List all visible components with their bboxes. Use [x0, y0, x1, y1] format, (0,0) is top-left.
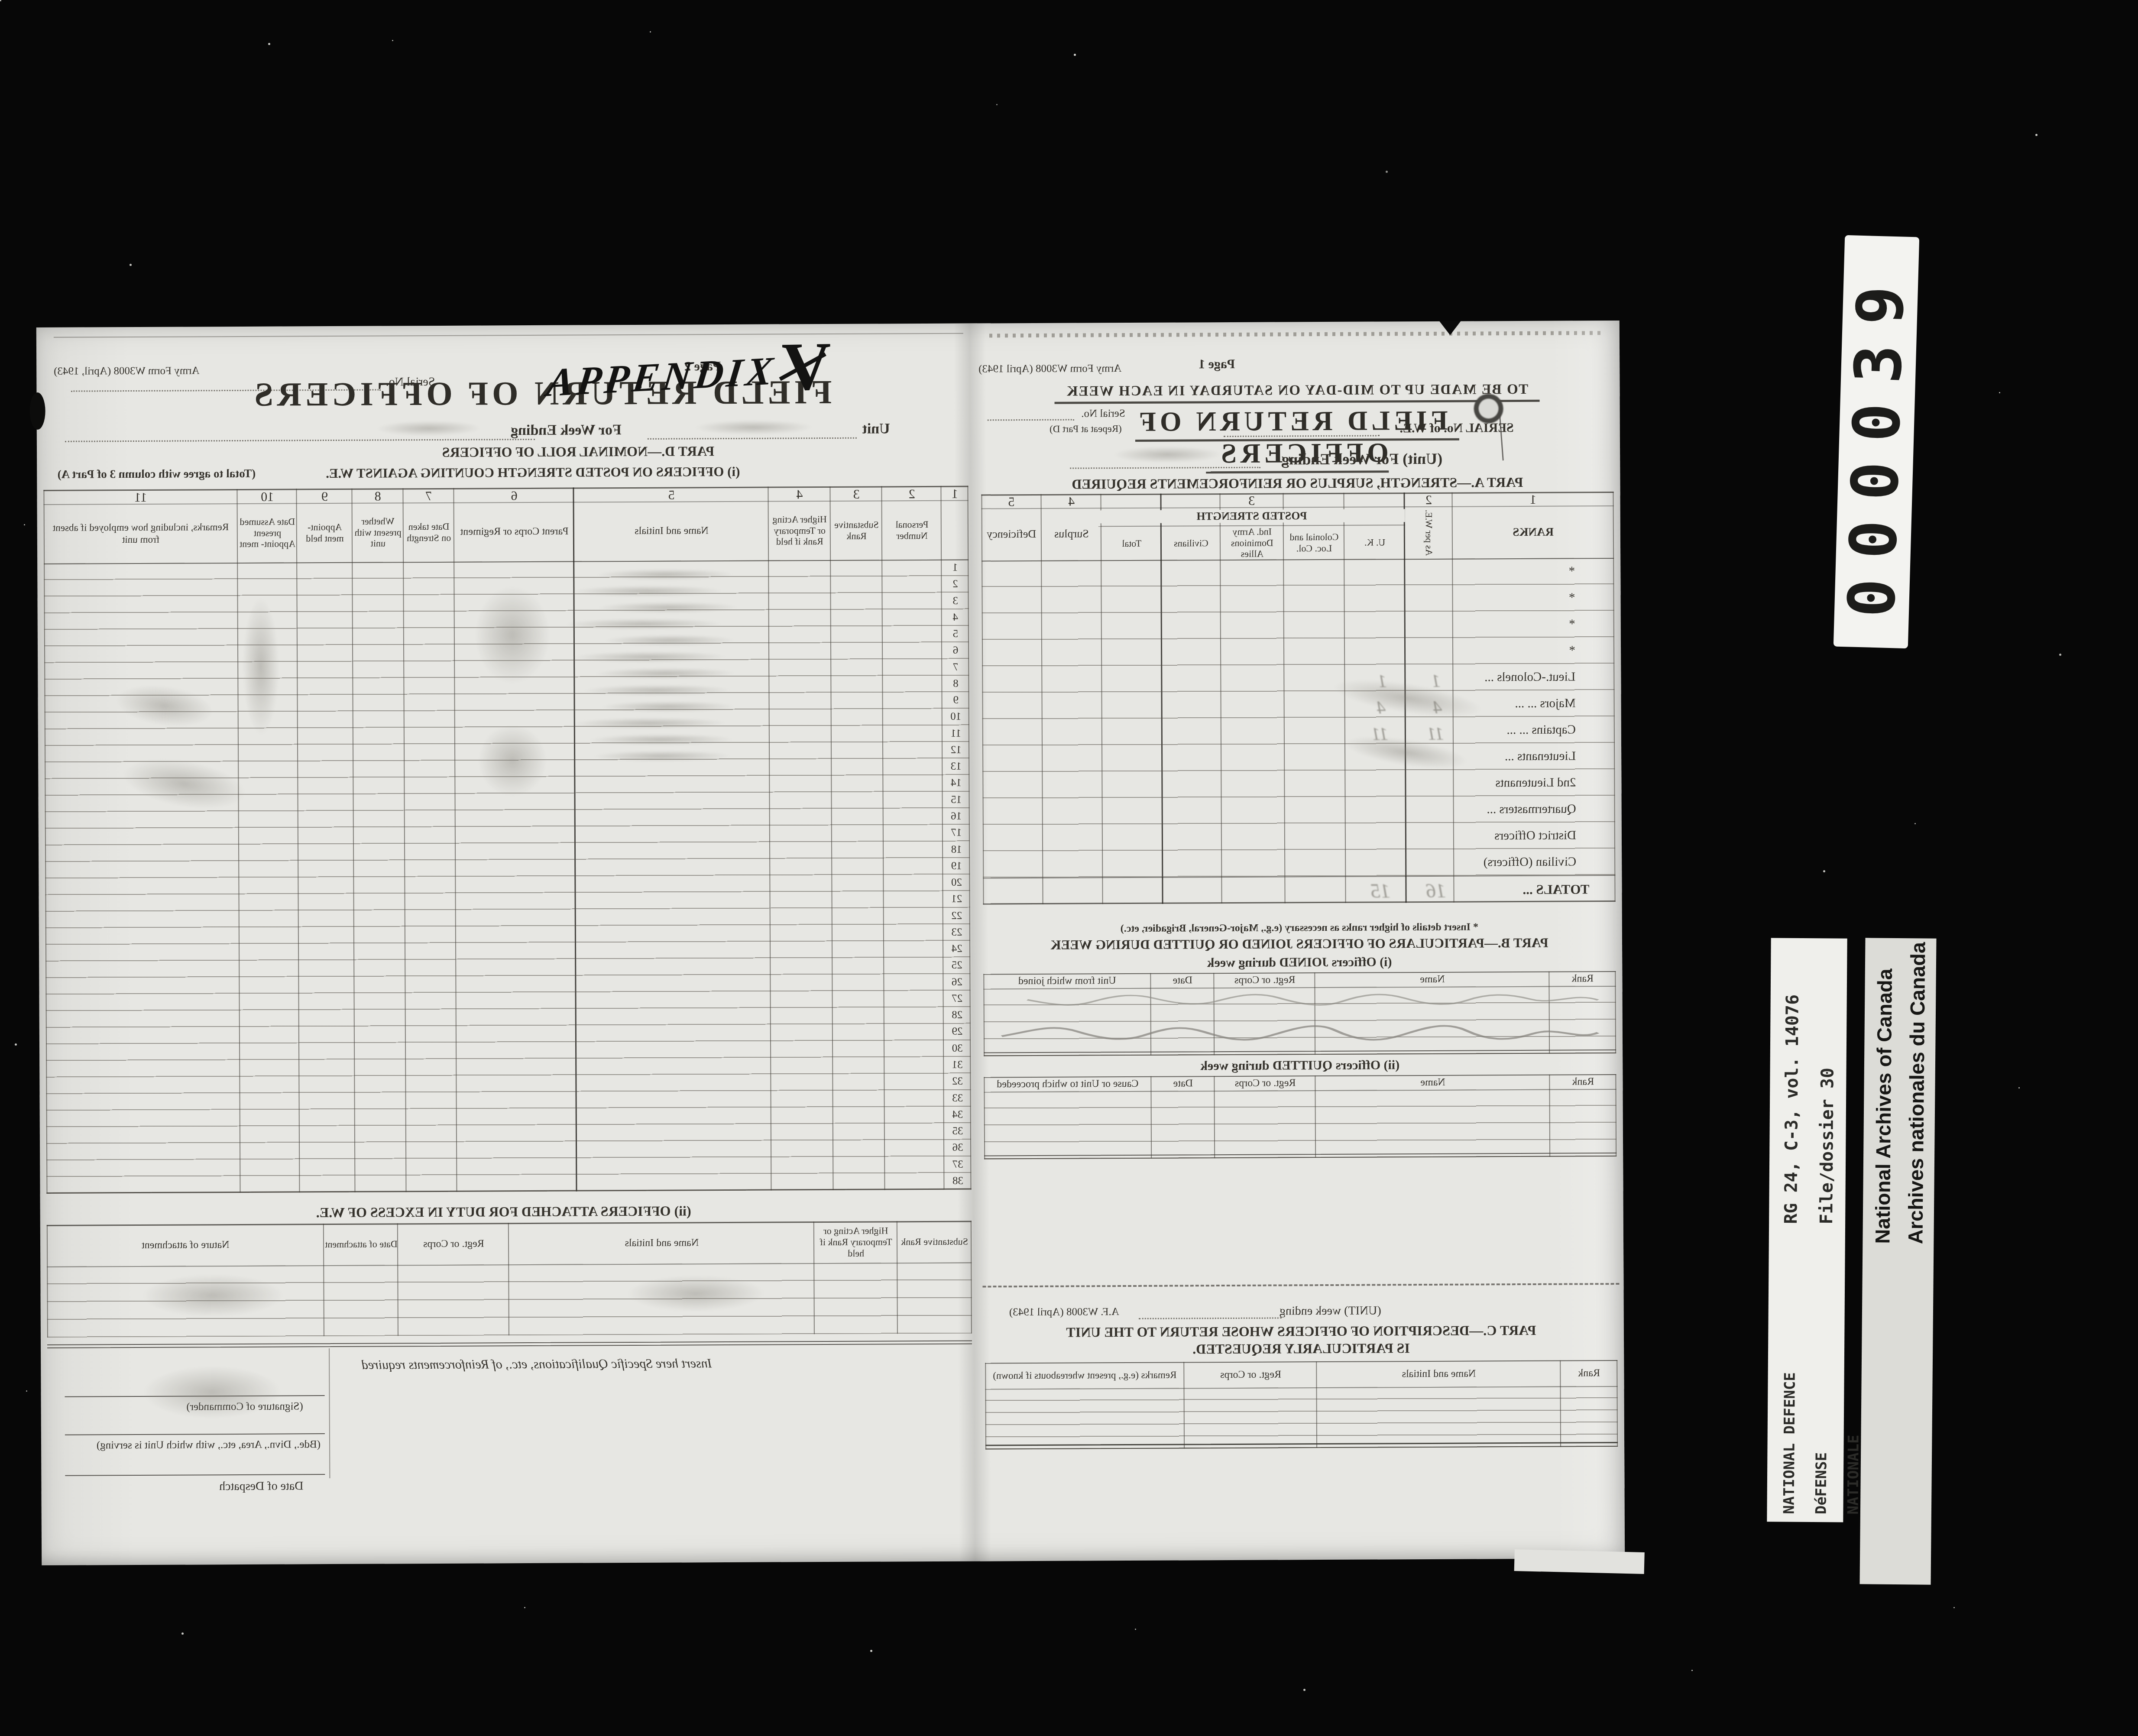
col-header: Civilians — [1162, 526, 1221, 560]
col-number: 2 — [882, 487, 942, 502]
col-header: Total — [1101, 527, 1162, 560]
part-a-table: 1 2 3 4 5 POSTED STRENGTH RANKS As per W… — [981, 492, 1615, 904]
col-number: 1 — [942, 487, 969, 502]
col-header: Rank — [1549, 971, 1616, 986]
page-2-mirrored-content: Army Form W3008 (April, 1943) Page 2 Ser… — [36, 324, 979, 1565]
part-ii-heading: (ii) OFFICERS ATTACHED FOR DUTY IN EXCES… — [261, 1203, 746, 1221]
col-header: Substantive Rank — [897, 1221, 972, 1263]
col-header: Remarks, including how employed if absen… — [44, 503, 238, 564]
ranks-header: RANKS — [1452, 505, 1614, 559]
col2-vertical-label: As per W.E. — [1405, 506, 1453, 559]
col-header: Appoint- ment held — [297, 503, 353, 563]
page-label: Page 1 — [1173, 357, 1260, 372]
totals-label: TOTALS ... — [1523, 881, 1589, 897]
col-header: Name — [1316, 1075, 1550, 1090]
appendix-numeral: V — [781, 339, 832, 395]
form-page-2: Army Form W3008 (April, 1943) Page 2 Ser… — [36, 324, 979, 1565]
frame-counter-panel: 000039 — [1833, 235, 1919, 648]
part-d-note: (Total to agree with column 3 of Part A) — [58, 467, 256, 481]
ruled-rows — [984, 1089, 1617, 1159]
col-number: 4 — [1041, 494, 1101, 509]
col-header: Personal Number — [882, 500, 942, 560]
illegible-handwriting — [467, 713, 558, 809]
illegible-handwriting — [121, 1357, 303, 1427]
part-c-heading-1: PART C.—DESCRIPTION OF OFFICERS WHOSE RE… — [1017, 1322, 1585, 1341]
unit-line — [648, 437, 857, 440]
ruled-rows — [985, 1386, 1618, 1449]
col-header: Date — [1151, 1076, 1215, 1091]
page-1-mirrored-content: Page 1 Army Form W3008 (April 1943) TO B… — [974, 321, 1625, 1561]
col-header: Name and Initials — [574, 501, 769, 561]
national-archives-strip: National Archives of Canada Archives nat… — [1859, 938, 1936, 1584]
col-header: Name and Initials — [509, 1221, 814, 1264]
illegible-handwriting — [1023, 990, 1603, 1008]
archives-line-1: National Archives of Canada — [1866, 940, 1902, 1244]
joined-heading: (i) Officers JOINED during week — [1128, 955, 1471, 971]
archive-reference-strip: RG 24, C-3, vol. 14076 File/dossier 30 N… — [1767, 938, 1847, 1522]
attached-officers-table: Substantive Rank Higher Acting or Tempor… — [47, 1221, 972, 1338]
pencil-entry: 15 — [1370, 879, 1390, 902]
col-number: 2 — [1405, 493, 1453, 508]
page-corner-flap — [1514, 1549, 1645, 1574]
col-header: Remarks (e.g., present whereabouts if kn… — [985, 1362, 1184, 1389]
form-ref: Army Form W3008 (April 1943) — [978, 363, 1121, 375]
microfilm-frame: Army Form W3008 (April, 1943) Page 2 Ser… — [0, 0, 2138, 1736]
part-c-table: Rank Name and Initials Regt. or Corps Re… — [985, 1360, 1618, 1449]
despatch-line — [65, 1474, 325, 1476]
form-ref: Army Form W3008 (April, 1943) — [54, 365, 199, 377]
unit-week-ending-label: (UNIT) week ending — [1280, 1304, 1381, 1318]
col-header: Name — [1315, 972, 1549, 987]
unit-label: Unit — [862, 421, 890, 437]
col-header: Regt. or Corps — [1215, 1075, 1316, 1091]
col-header: Unit from which joined — [983, 973, 1151, 989]
col-number: 10 — [238, 489, 297, 505]
col-header: Higher Acting or Temporary Rank if held — [814, 1221, 898, 1263]
col-number: 3 — [830, 487, 882, 502]
week-ending-label: For Week Ending — [511, 422, 622, 439]
col-header: Nature of attachment — [47, 1224, 324, 1266]
col-header: Rank — [1561, 1360, 1618, 1386]
col-header: Regt. or Corps — [398, 1223, 509, 1265]
part-b-heading: PART B.—PARTICULARS OF OFFICERS JOINED O… — [1003, 935, 1596, 953]
illegible-handwriting — [676, 418, 832, 437]
col-header: Date taken on Strength — [403, 502, 454, 562]
col-header: Regt. or Corps — [1184, 1361, 1317, 1388]
deficiency-header: Deficiency — [982, 508, 1042, 561]
week-ending-line — [65, 439, 535, 442]
col-header: Cause or Unit to which proceeded — [984, 1076, 1151, 1092]
part-a-footnote: * Insert details of higher ranks as nece… — [1024, 921, 1574, 936]
col-header: Rank — [1550, 1074, 1616, 1089]
col-header: Date Assumed present Appoint- ment — [238, 503, 297, 563]
despatch-label: Date of Despatch — [219, 1479, 303, 1493]
col-number: 9 — [297, 489, 352, 505]
part-a-heading: PART A.—STRENGTH, SURPLUS OR REINFORCEME… — [1016, 474, 1579, 492]
part-d-heading: PART D.—NOMINAL ROLL OF OFFICERS — [422, 443, 734, 460]
col-header: Date — [1151, 973, 1214, 988]
defence-line-1: NATIONAL DEFENCE — [1773, 1367, 1806, 1514]
scanned-document: Army Form W3008 (April, 1943) Page 2 Ser… — [36, 321, 1625, 1565]
col-number: 8 — [353, 489, 404, 504]
reference-line-1: RG 24, C-3, vol. 14076 — [1773, 951, 1811, 1224]
archives-text: National Archives of Canada Archives nat… — [1866, 940, 1934, 1244]
col-number: 6 — [454, 489, 574, 504]
illegible-handwriting — [997, 1023, 1603, 1043]
col-header: Name and Initials — [1317, 1360, 1561, 1387]
archives-line-2: Archives nationales du Canada — [1899, 941, 1934, 1244]
col-header: Date of attachment — [324, 1223, 398, 1265]
col-header: Whether present with unit — [353, 502, 404, 562]
part-c-heading-2: IS PARTICULARLY REQUESTED. — [1017, 1339, 1585, 1358]
film-dust-specks — [0, 0, 1, 1]
week-ending-label: (Unit) For Week Ending — [1281, 450, 1442, 469]
defence-text: NATIONAL DEFENCE DéFENSE NATIONALE — [1773, 1367, 1843, 1514]
col-number: 4 — [768, 487, 830, 502]
formation-line — [65, 1433, 325, 1435]
torn-edge-notch — [1439, 321, 1461, 335]
col-header: Colonial and Loc. Col. — [1284, 526, 1344, 560]
col-header: Higher Acting or Temporary Rank if held — [768, 501, 831, 560]
part-d-subheading: (i) OFFICERS ON POSTED STRENGTH COUNTING… — [277, 463, 788, 481]
form-ref-small: A.F. W3008 (April 1943) — [1009, 1306, 1119, 1318]
punch-hole — [1474, 394, 1503, 423]
col-header: Parent Corps or Regiment — [454, 502, 575, 562]
col-header: Regt. or Corps — [1214, 972, 1315, 988]
reference-text: RG 24, C-3, vol. 14076 File/dossier 30 — [1773, 951, 1846, 1224]
col-number: 7 — [403, 489, 454, 504]
illegible-handwriting — [462, 570, 562, 700]
reference-line-2: File/dossier 30 — [1809, 951, 1846, 1224]
frame-number: 000039 — [1834, 265, 1919, 618]
illegible-handwriting — [360, 418, 498, 438]
divider-line — [329, 1348, 330, 1478]
col-number: 5 — [982, 495, 1042, 510]
quitted-heading: (ii) Officers QUITTED during week — [1129, 1058, 1471, 1074]
row-number-column: 1234567891011121314151617181920212223242… — [942, 560, 971, 1190]
col-number: 3 — [1098, 493, 1405, 509]
officers-joined-table: Rank Name Regt. or Corps Date Unit from … — [983, 971, 1616, 1056]
posted-strength-label: POSTED STRENGTH — [1098, 509, 1405, 523]
form-page-1: Page 1 Army Form W3008 (April 1943) TO B… — [974, 321, 1625, 1561]
detach-dotted-line — [982, 1283, 1619, 1287]
unit-week-ending-line — [1139, 1317, 1282, 1319]
col-header: Ind. Army Dominions Allies — [1221, 526, 1284, 560]
qualifications-note: Insert here Specific Qualifications, etc… — [357, 1356, 716, 1373]
double-rule — [47, 1341, 972, 1348]
officers-quitted-table: Rank Name Regt. or Corps Date Cause or U… — [984, 1074, 1616, 1159]
edge-punch-notch — [29, 392, 45, 430]
col-header: Substantive Rank — [830, 500, 882, 560]
col-header: U. K. — [1344, 525, 1405, 559]
pencil-entry: 16 — [1426, 879, 1446, 902]
nominal-roll-table: 1 2 3 4 5 6 7 8 9 10 11 Personal Number … — [43, 486, 971, 1194]
surplus-header: Surplus — [1041, 508, 1101, 560]
formation-label: (Bde., Divn., Area, etc., with which Uni… — [97, 1438, 321, 1451]
